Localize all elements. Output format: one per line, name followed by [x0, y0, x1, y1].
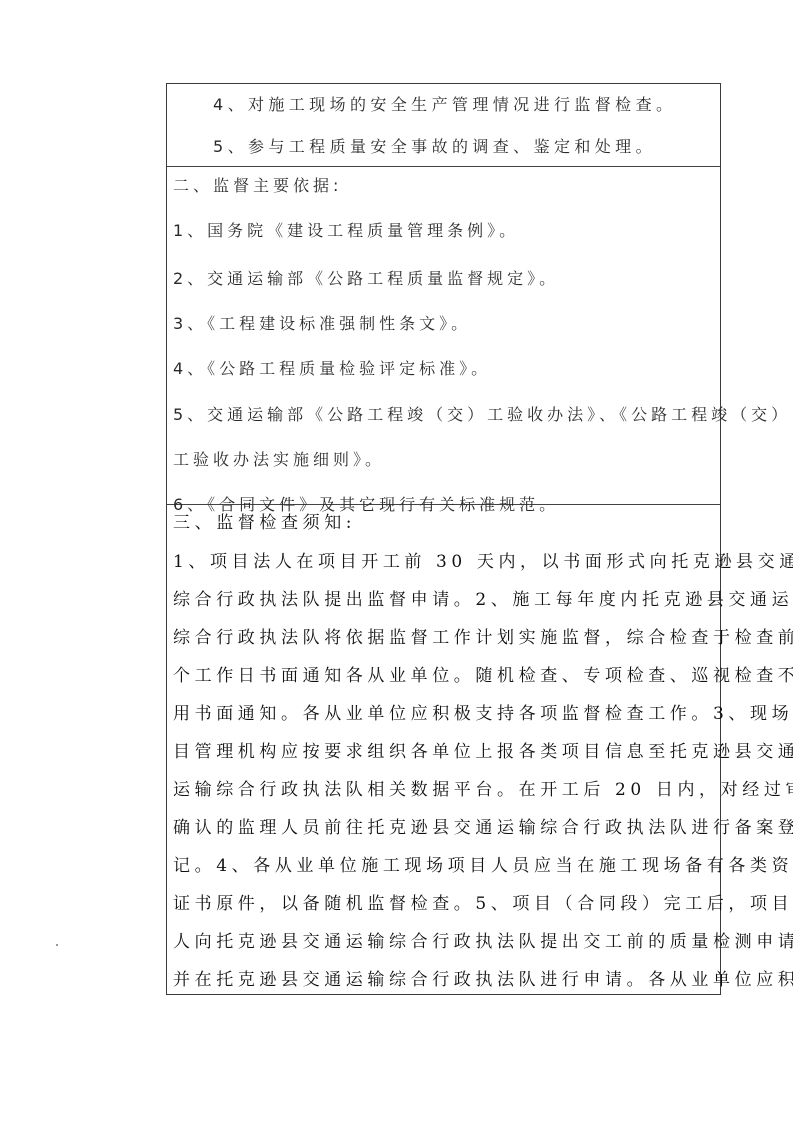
notice-section: 三、监督检查须知: 1、项目法人在项目开工前 30 天内，以书面形式向托克逊县交… [167, 505, 720, 994]
notice-line-2: 综合行政执法队提出监督申请。2、施工每年度内托克逊县交通运输 [173, 590, 793, 610]
duty-item-5: 5、参与工程质量安全事故的调查、鉴定和处理。 [213, 137, 656, 157]
notice-line-7: 运输综合行政执法队相关数据平台。在开工后 20 日内，对经过审核 [173, 780, 793, 800]
notice-heading: 三、监督检查须知: [173, 513, 356, 533]
notice-line-8: 确认的监理人员前往托克逊县交通运输综合行政执法队进行备案登 [173, 818, 793, 838]
basis-section: 二、监督主要依据: 1、国务院《建设工程质量管理条例》。 2、交通运输部《公路工… [167, 167, 720, 505]
duty-item-4: 4、对施工现场的安全生产管理情况进行监督检查。 [213, 95, 676, 115]
notice-line-6: 目管理机构应按要求组织各单位上报各类项目信息至托克逊县交通 [173, 742, 793, 762]
basis-item-3: 3、《工程建设标准强制性条文》。 [173, 314, 471, 334]
duties-section-tail: 4、对施工现场的安全生产管理情况进行监督检查。 5、参与工程质量安全事故的调查、… [167, 84, 720, 167]
basis-item-5-cont: 工验收办法实施细则》。 [173, 450, 385, 470]
scan-speck [56, 944, 58, 946]
basis-heading: 二、监督主要依据: [173, 176, 342, 196]
notice-line-4: 个工作日书面通知各从业单位。随机检查、专项检查、巡视检查不采 [173, 666, 793, 686]
basis-item-5: 5、交通运输部《公路工程竣（交）工验收办法》、《公路工程竣（交） [173, 405, 791, 425]
notice-line-3: 综合行政执法队将依据监督工作计划实施监督，综合检查于检查前 5 [173, 628, 793, 648]
basis-item-2: 2、交通运输部《公路工程质量监督规定》。 [173, 269, 559, 289]
basis-item-1: 1、国务院《建设工程质量管理条例》。 [173, 221, 519, 241]
notice-line-5: 用书面通知。各从业单位应积极支持各项监督检查工作。3、现场项 [173, 704, 793, 724]
notice-line-9: 记。4、各从业单位施工现场项目人员应当在施工现场备有各类资格 [173, 856, 793, 876]
basis-item-4: 4、《公路工程质量检验评定标准》。 [173, 359, 491, 379]
notice-line-1: 1、项目法人在项目开工前 30 天内，以书面形式向托克逊县交通运输 [173, 552, 793, 572]
notice-line-10: 证书原件，以备随机监督检查。5、项目（合同段）完工后，项目法 [173, 894, 793, 914]
notice-line-11: 人向托克逊县交通运输综合行政执法队提出交工前的质量检测申请， [173, 932, 793, 952]
notice-line-12: 并在托克逊县交通运输综合行政执法队进行申请。各从业单位应积极 [173, 970, 793, 990]
document-table: 4、对施工现场的安全生产管理情况进行监督检查。 5、参与工程质量安全事故的调查、… [166, 83, 721, 995]
